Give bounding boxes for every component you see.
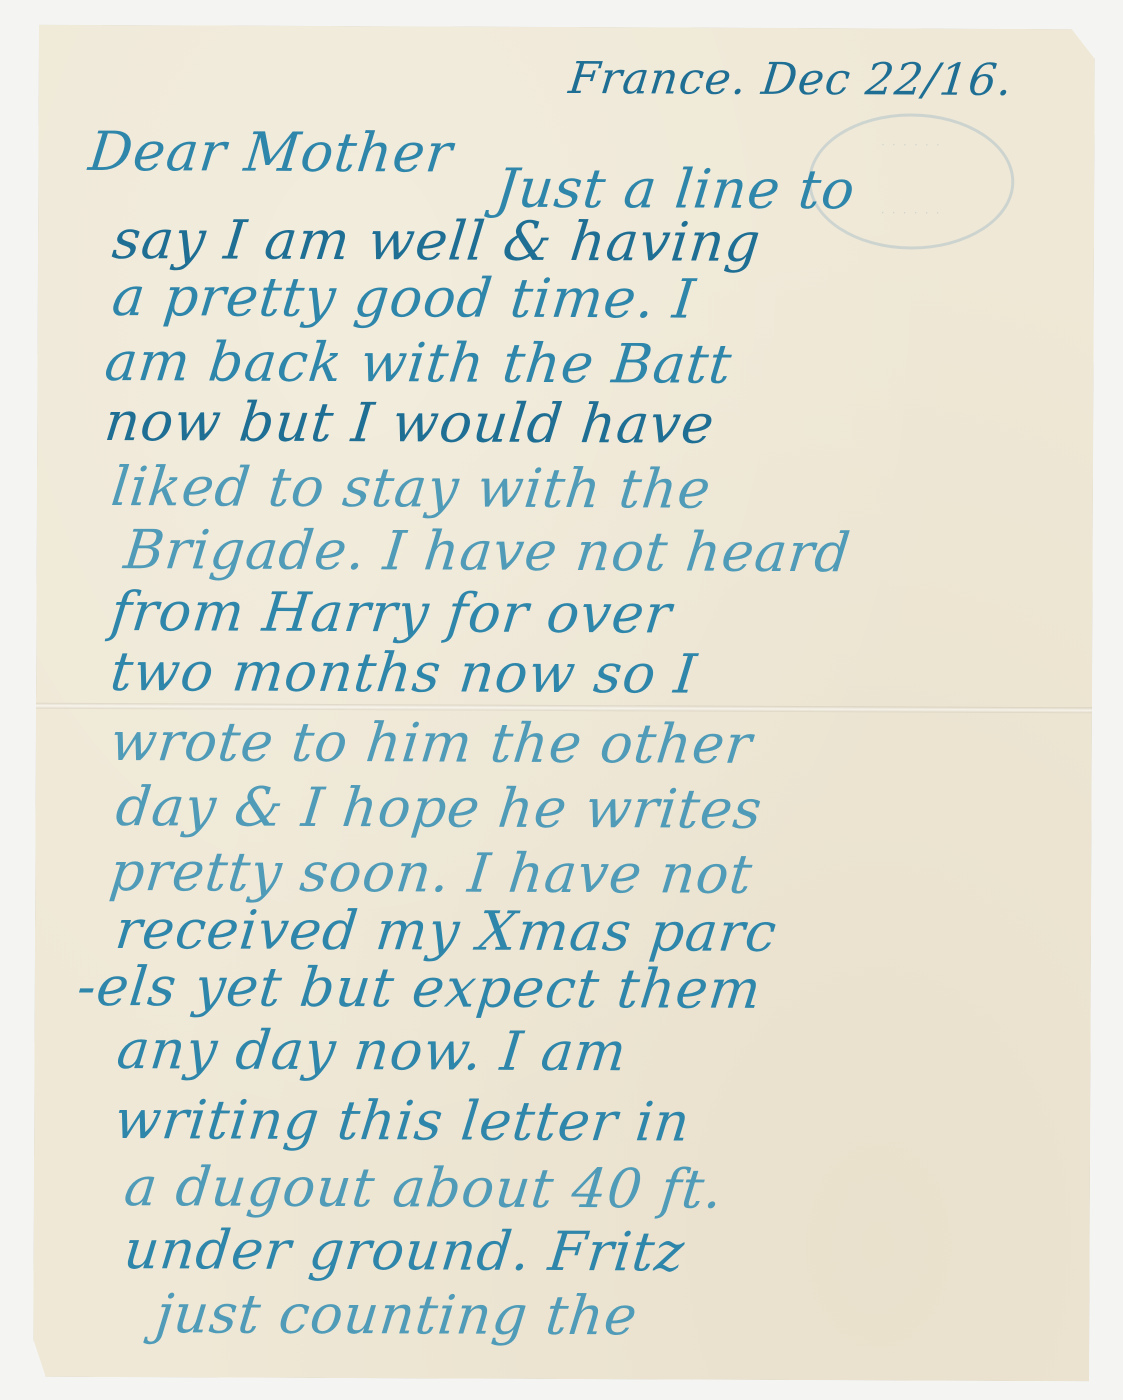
letter-line-15: any day now. I am bbox=[114, 1023, 629, 1079]
letter-line-4: am back with the Batt bbox=[102, 335, 734, 392]
letter-line-13: received my Xmas parc bbox=[113, 903, 780, 960]
letter-line-3: a pretty good time. I bbox=[110, 270, 699, 327]
letter-line-18: under ground. Fritz bbox=[121, 1223, 687, 1279]
letter-line-9: two months now so I bbox=[108, 645, 700, 702]
letter-line-10: wrote to him the other bbox=[108, 715, 755, 772]
letter-line-14: -els yet but expect them bbox=[75, 960, 764, 1017]
place-date-header: France. Dec 22/16. bbox=[567, 57, 1015, 103]
letter-line-7: Brigade. I have not heard bbox=[122, 523, 854, 580]
letter-line-12: pretty soon. I have not bbox=[107, 845, 755, 902]
letter-line-8: from Harry for over bbox=[108, 585, 674, 641]
letter-line-16: writing this letter in bbox=[112, 1093, 693, 1149]
salutation: Dear Mother bbox=[86, 125, 455, 181]
letter-line-2: say I am well & having bbox=[110, 213, 764, 270]
stamp-text-top: · · · · · · bbox=[811, 138, 1011, 152]
letter-line-17: a dugout about 40 ft. bbox=[122, 1160, 726, 1217]
letter-line-1: Just a line to bbox=[493, 162, 858, 218]
letter-line-5: now but I would have bbox=[102, 395, 717, 452]
letter-line-19: just counting the bbox=[153, 1287, 640, 1343]
letter-line-6: liked to stay with the bbox=[109, 460, 714, 517]
letter-line-11: day & I hope he writes bbox=[113, 780, 765, 837]
letter-paper: · · · · · · · · · · · · France. Dec 22/1… bbox=[33, 25, 1095, 1382]
